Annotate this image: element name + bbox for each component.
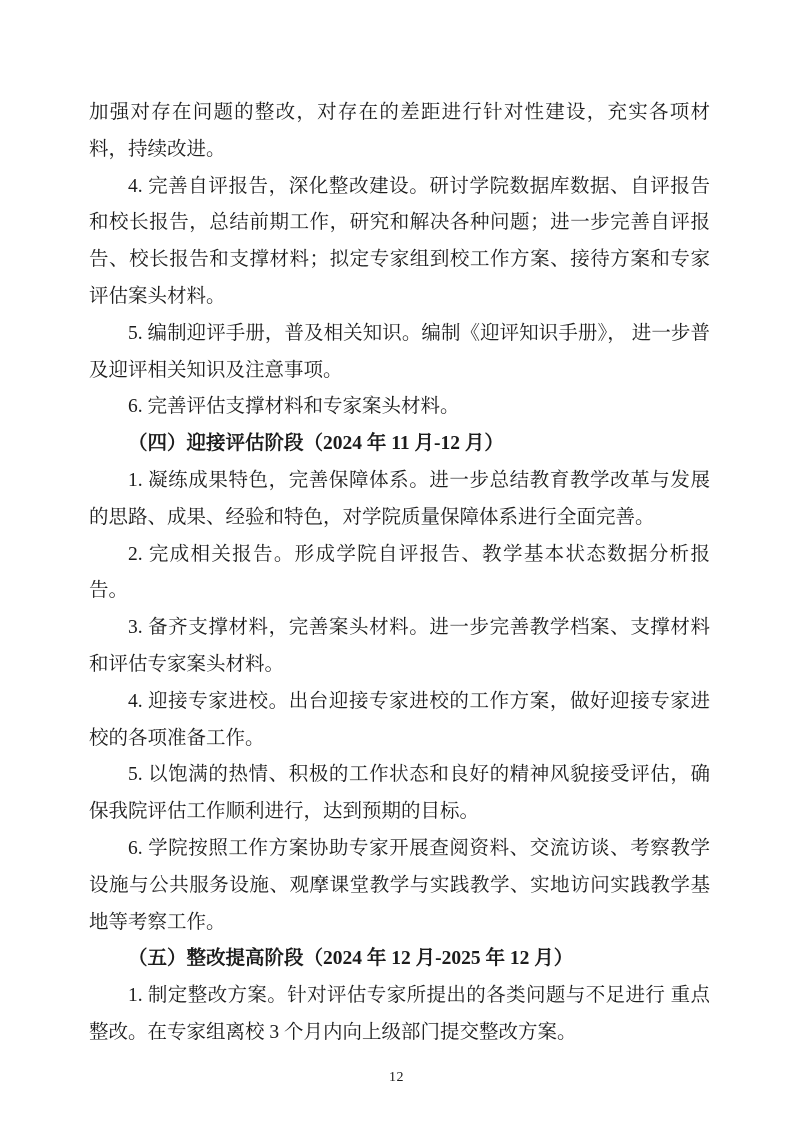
paragraph: 4. 完善自评报告，深化整改建设。研讨学院数据库数据、自评报告和校长报告，总结前… xyxy=(89,169,710,316)
paragraph: 2. 完成相关报告。形成学院自评报告、教学基本状态数据分析报告。 xyxy=(89,537,710,611)
paragraph: 3. 备齐支撑材料，完善案头材料。进一步完善教学档案、支撑材料和评估专家案头材料… xyxy=(89,610,710,684)
document-page: 加强对存在问题的整改，对存在的差距进行针对性建设，充实各项材料，持续改进。4. … xyxy=(0,0,793,1122)
paragraph: 6. 学院按照工作方案协助专家开展查阅资料、交流访谈、考察教学设施与公共服务设施… xyxy=(89,831,710,941)
paragraph: 1. 凝练成果特色，完善保障体系。进一步总结教育教学改革与发展的思路、成果、经验… xyxy=(89,463,710,537)
section-heading: （五）整改提高阶段（2024 年 12 月-2025 年 12 月） xyxy=(89,941,710,978)
document-body: 加强对存在问题的整改，对存在的差距进行针对性建设，充实各项材料，持续改进。4. … xyxy=(89,95,710,1052)
page-footer: 12 xyxy=(0,1068,793,1086)
paragraph: 4. 迎接专家进校。出台迎接专家进校的工作方案，做好迎接专家进校的各项准备工作。 xyxy=(89,684,710,758)
paragraph: 6. 完善评估支撑材料和专家案头材料。 xyxy=(89,389,710,426)
page-number: 12 xyxy=(389,1070,404,1085)
paragraph: 5. 以饱满的热情、积极的工作状态和良好的精神风貌接受评估，确保我院评估工作顺利… xyxy=(89,757,710,831)
paragraph: 1. 制定整改方案。针对评估专家所提出的各类问题与不足进行 重点整改。在专家组离… xyxy=(89,978,710,1052)
paragraph: 加强对存在问题的整改，对存在的差距进行针对性建设，充实各项材料，持续改进。 xyxy=(89,95,710,169)
section-heading: （四）迎接评估阶段（2024 年 11 月-12 月） xyxy=(89,426,710,463)
paragraph: 5. 编制迎评手册，普及相关知识。编制《迎评知识手册》， 进一步普及迎评相关知识… xyxy=(89,316,710,390)
